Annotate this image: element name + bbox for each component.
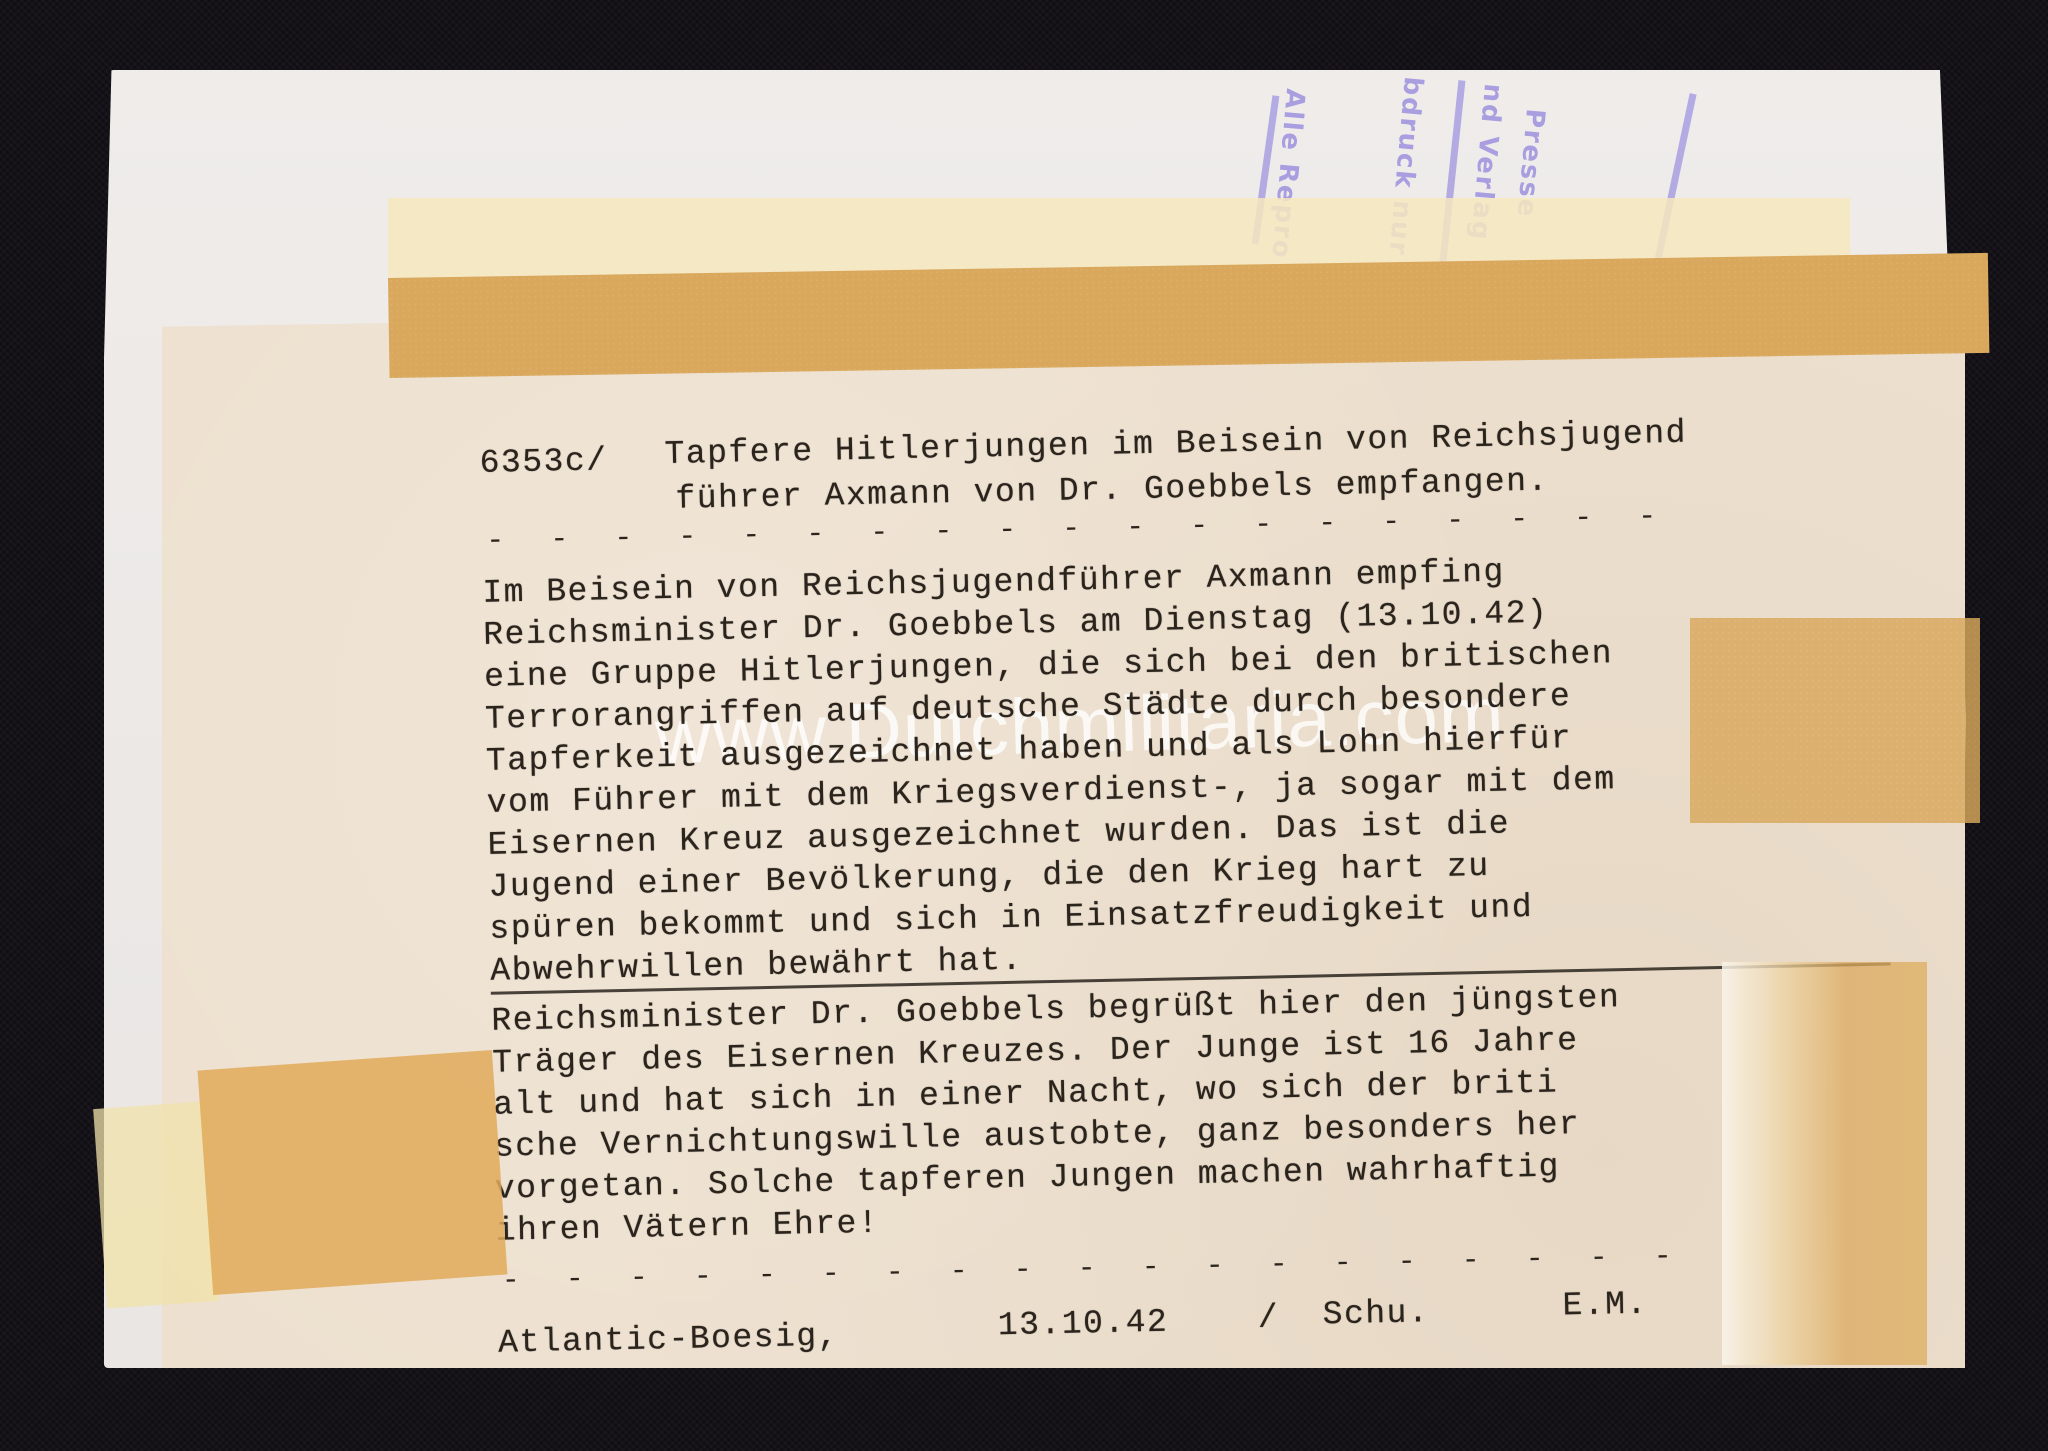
footer-separator: /: [1257, 1299, 1279, 1336]
footer-date: 13.10.42: [997, 1304, 1168, 1345]
footer-initials: E.M.: [1562, 1286, 1648, 1325]
tape-left-clear-end: [93, 1101, 219, 1308]
tape-bottom-right: [1722, 962, 1927, 1365]
tape-right-middle: [1690, 618, 1980, 823]
tape-left: [198, 1050, 508, 1295]
footer-author: Schu.: [1322, 1294, 1429, 1333]
footer-agency: Atlantic-Boesig,: [498, 1318, 840, 1362]
caption-ref-number: 6353c/: [479, 442, 608, 482]
